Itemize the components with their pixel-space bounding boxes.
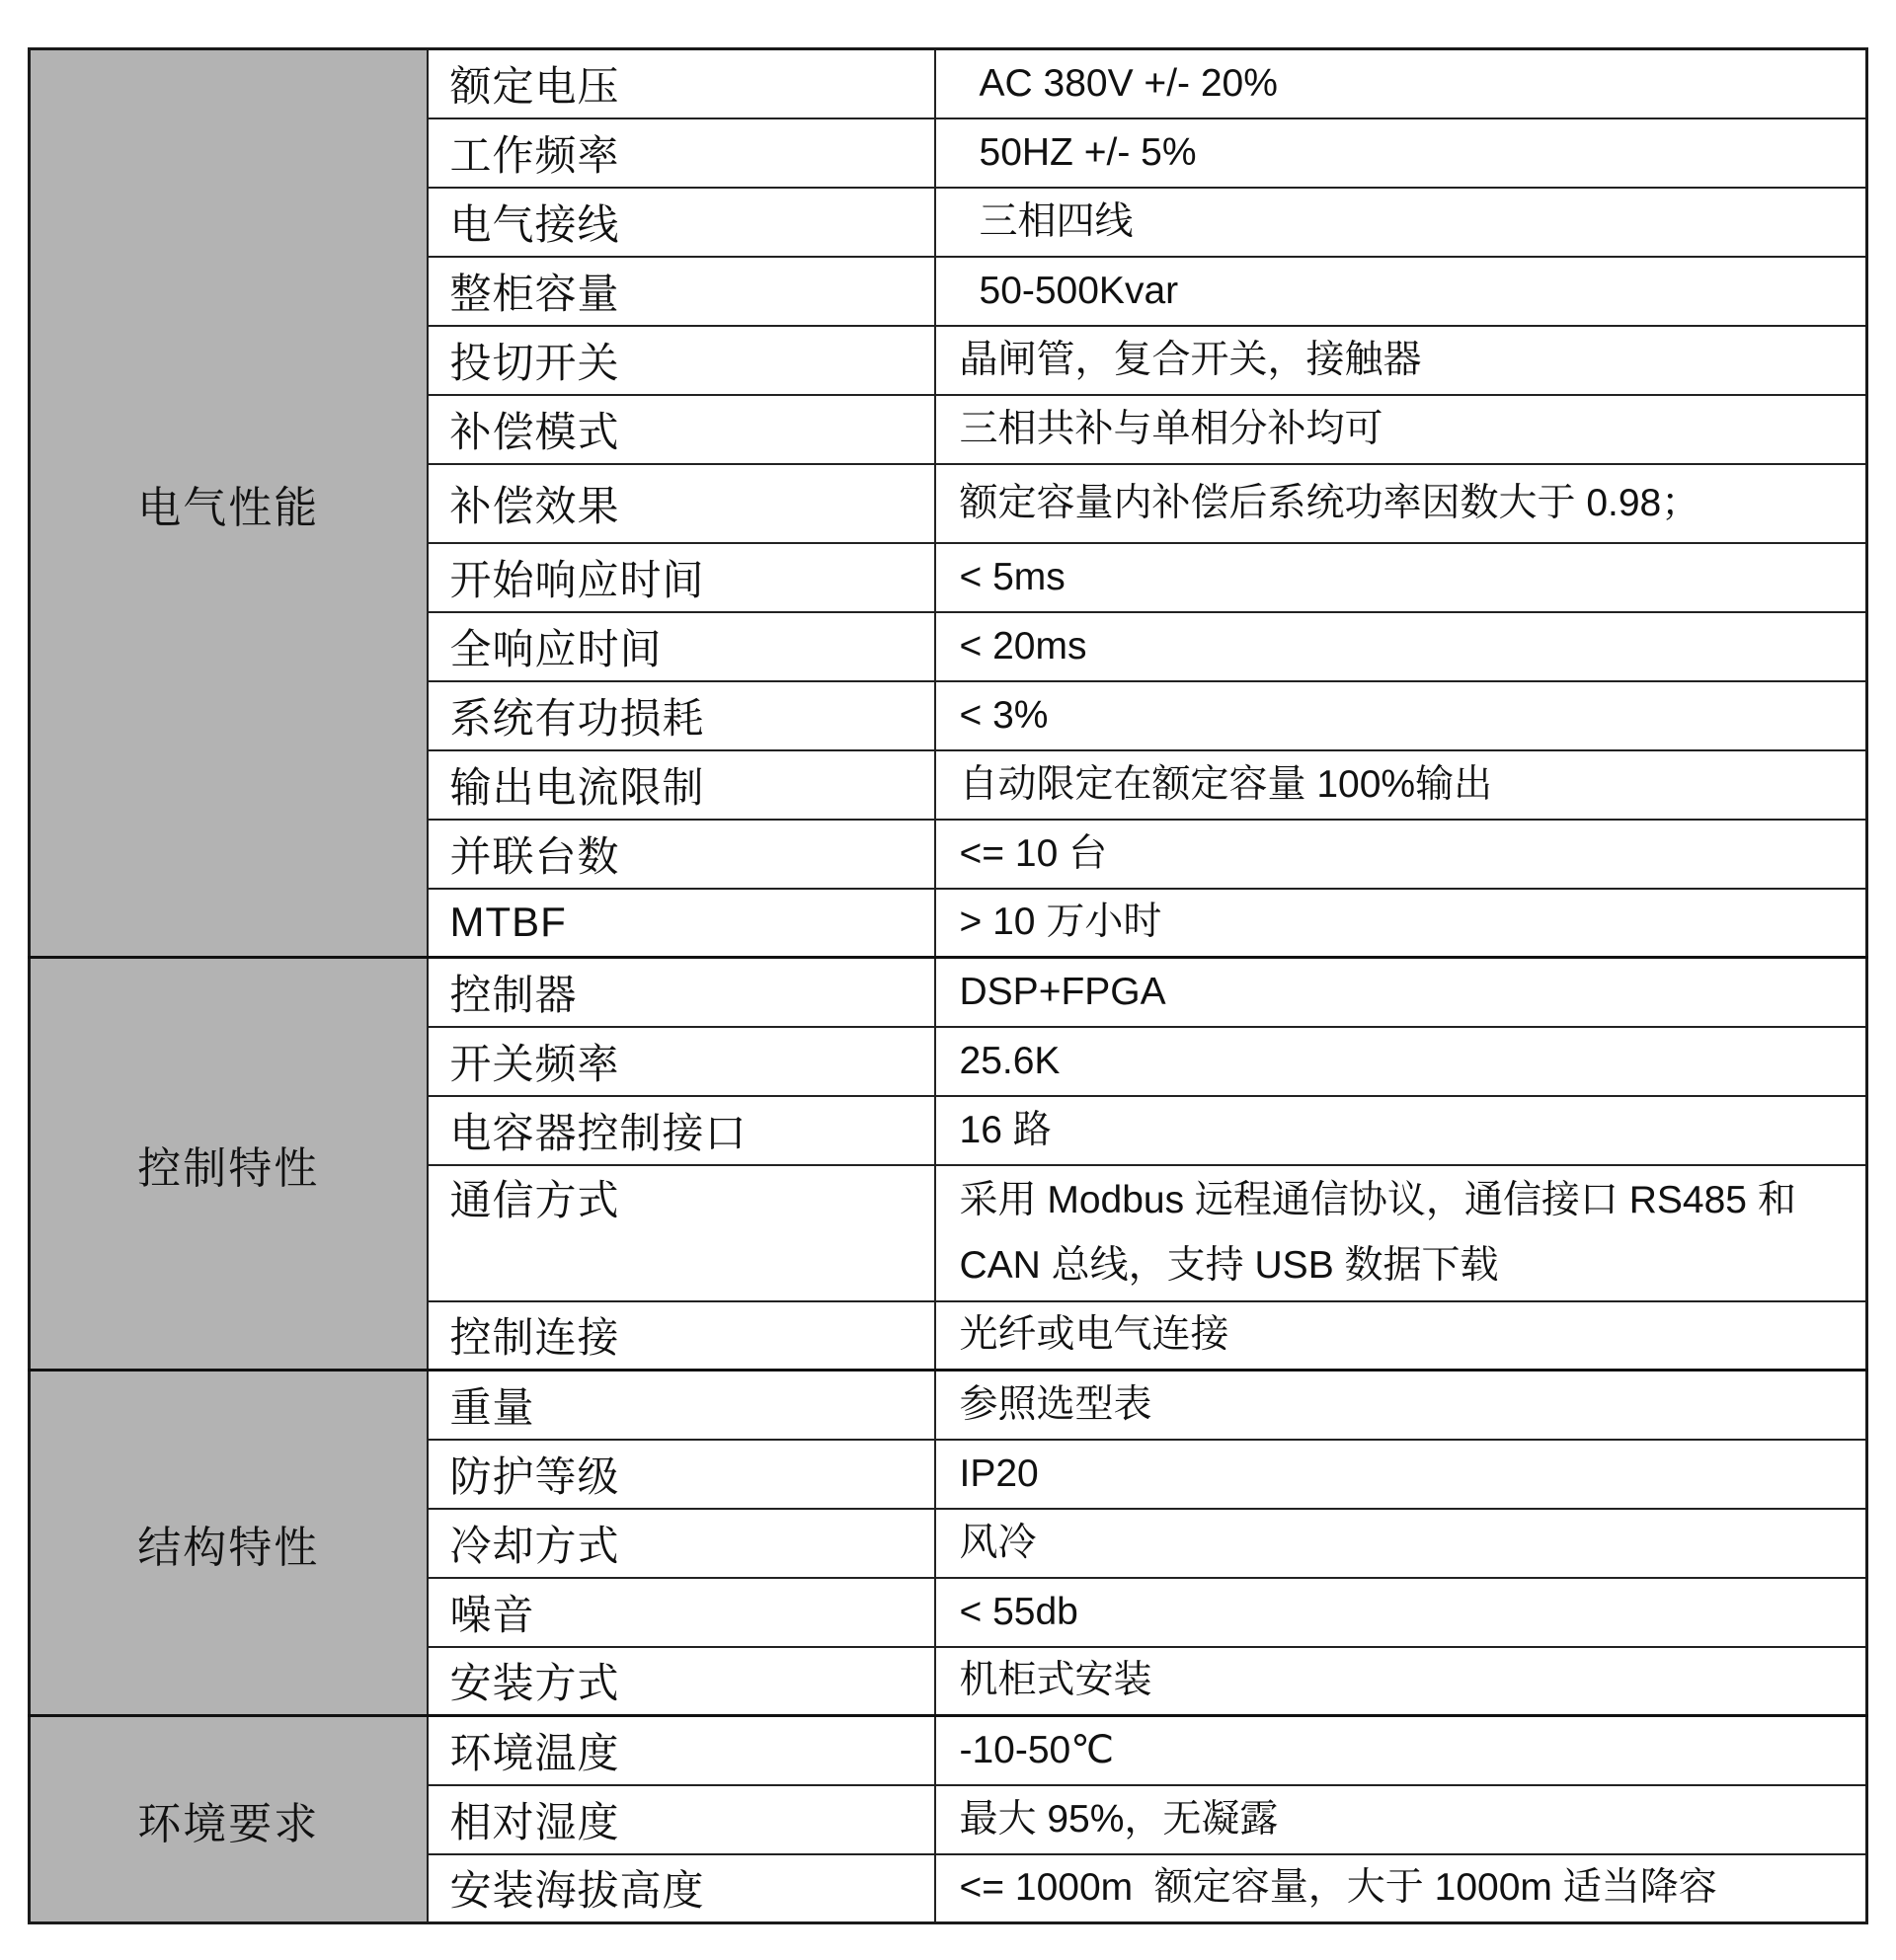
row-label: 重量 bbox=[428, 1371, 935, 1440]
row-label: 安装方式 bbox=[428, 1647, 935, 1716]
section-title-environment: 环境要求 bbox=[30, 1716, 428, 1923]
row-value: 机柜式安装 bbox=[935, 1647, 1867, 1716]
table-row: 电气性能 额定电压 AC 380V +/- 20% bbox=[30, 49, 1867, 118]
row-value: 16 路 bbox=[935, 1096, 1867, 1165]
row-value: 额定容量内补偿后系统功率因数大于 0.98； bbox=[935, 464, 1867, 543]
row-label: 冷却方式 bbox=[428, 1509, 935, 1578]
row-label: 安装海拔高度 bbox=[428, 1854, 935, 1923]
row-label: 电气接线 bbox=[428, 188, 935, 257]
section-title-structure: 结构特性 bbox=[30, 1371, 428, 1716]
row-label: 开关频率 bbox=[428, 1027, 935, 1096]
row-label: 防护等级 bbox=[428, 1440, 935, 1509]
row-label: 相对湿度 bbox=[428, 1785, 935, 1854]
row-value: < 55db bbox=[935, 1578, 1867, 1647]
row-label: 系统有功损耗 bbox=[428, 681, 935, 750]
row-value: 参照选型表 bbox=[935, 1371, 1867, 1440]
row-value: < 3% bbox=[935, 681, 1867, 750]
row-label: 并联台数 bbox=[428, 820, 935, 889]
row-value: <= 1000m 额定容量，大于 1000m 适当降容 bbox=[935, 1854, 1867, 1923]
row-label: MTBF bbox=[428, 889, 935, 958]
table-row: 控制特性 控制器 DSP+FPGA bbox=[30, 958, 1867, 1027]
spec-table: 电气性能 额定电压 AC 380V +/- 20% 工作频率 50HZ +/- … bbox=[28, 47, 1868, 1924]
row-label: 电容器控制接口 bbox=[428, 1096, 935, 1165]
row-label: 环境温度 bbox=[428, 1716, 935, 1785]
row-label: 补偿效果 bbox=[428, 464, 935, 543]
row-value: 50HZ +/- 5% bbox=[935, 118, 1867, 188]
row-label: 通信方式 bbox=[428, 1165, 935, 1301]
row-label: 输出电流限制 bbox=[428, 750, 935, 820]
row-label: 噪音 bbox=[428, 1578, 935, 1647]
row-value: > 10 万小时 bbox=[935, 889, 1867, 958]
row-value: 自动限定在额定容量 100%输出 bbox=[935, 750, 1867, 820]
row-value: AC 380V +/- 20% bbox=[935, 49, 1867, 118]
section-title-electrical: 电气性能 bbox=[30, 49, 428, 958]
row-value: < 20ms bbox=[935, 612, 1867, 681]
row-value: 三相共补与单相分补均可 bbox=[935, 395, 1867, 464]
row-value: < 5ms bbox=[935, 543, 1867, 612]
table-row: 环境要求 环境温度 -10-50℃ bbox=[30, 1716, 1867, 1785]
row-label: 开始响应时间 bbox=[428, 543, 935, 612]
row-value: -10-50℃ bbox=[935, 1716, 1867, 1785]
row-value: 晶闸管，复合开关，接触器 bbox=[935, 326, 1867, 395]
row-label: 控制器 bbox=[428, 958, 935, 1027]
row-label: 投切开关 bbox=[428, 326, 935, 395]
row-label: 补偿模式 bbox=[428, 395, 935, 464]
row-value: IP20 bbox=[935, 1440, 1867, 1509]
row-value: 三相四线 bbox=[935, 188, 1867, 257]
section-title-control: 控制特性 bbox=[30, 958, 428, 1371]
row-label: 额定电压 bbox=[428, 49, 935, 118]
row-value: 最大 95%，无凝露 bbox=[935, 1785, 1867, 1854]
table-row: 结构特性 重量 参照选型表 bbox=[30, 1371, 1867, 1440]
row-label: 控制连接 bbox=[428, 1301, 935, 1371]
row-label: 全响应时间 bbox=[428, 612, 935, 681]
row-value: 50-500Kvar bbox=[935, 257, 1867, 326]
row-label: 整柜容量 bbox=[428, 257, 935, 326]
row-value: 光纤或电气连接 bbox=[935, 1301, 1867, 1371]
row-value: <= 10 台 bbox=[935, 820, 1867, 889]
row-value: 25.6K bbox=[935, 1027, 1867, 1096]
row-label: 工作频率 bbox=[428, 118, 935, 188]
row-value: DSP+FPGA bbox=[935, 958, 1867, 1027]
row-value: 采用 Modbus 远程通信协议，通信接口 RS485 和 CAN 总线，支持 … bbox=[935, 1165, 1867, 1301]
row-value: 风冷 bbox=[935, 1509, 1867, 1578]
